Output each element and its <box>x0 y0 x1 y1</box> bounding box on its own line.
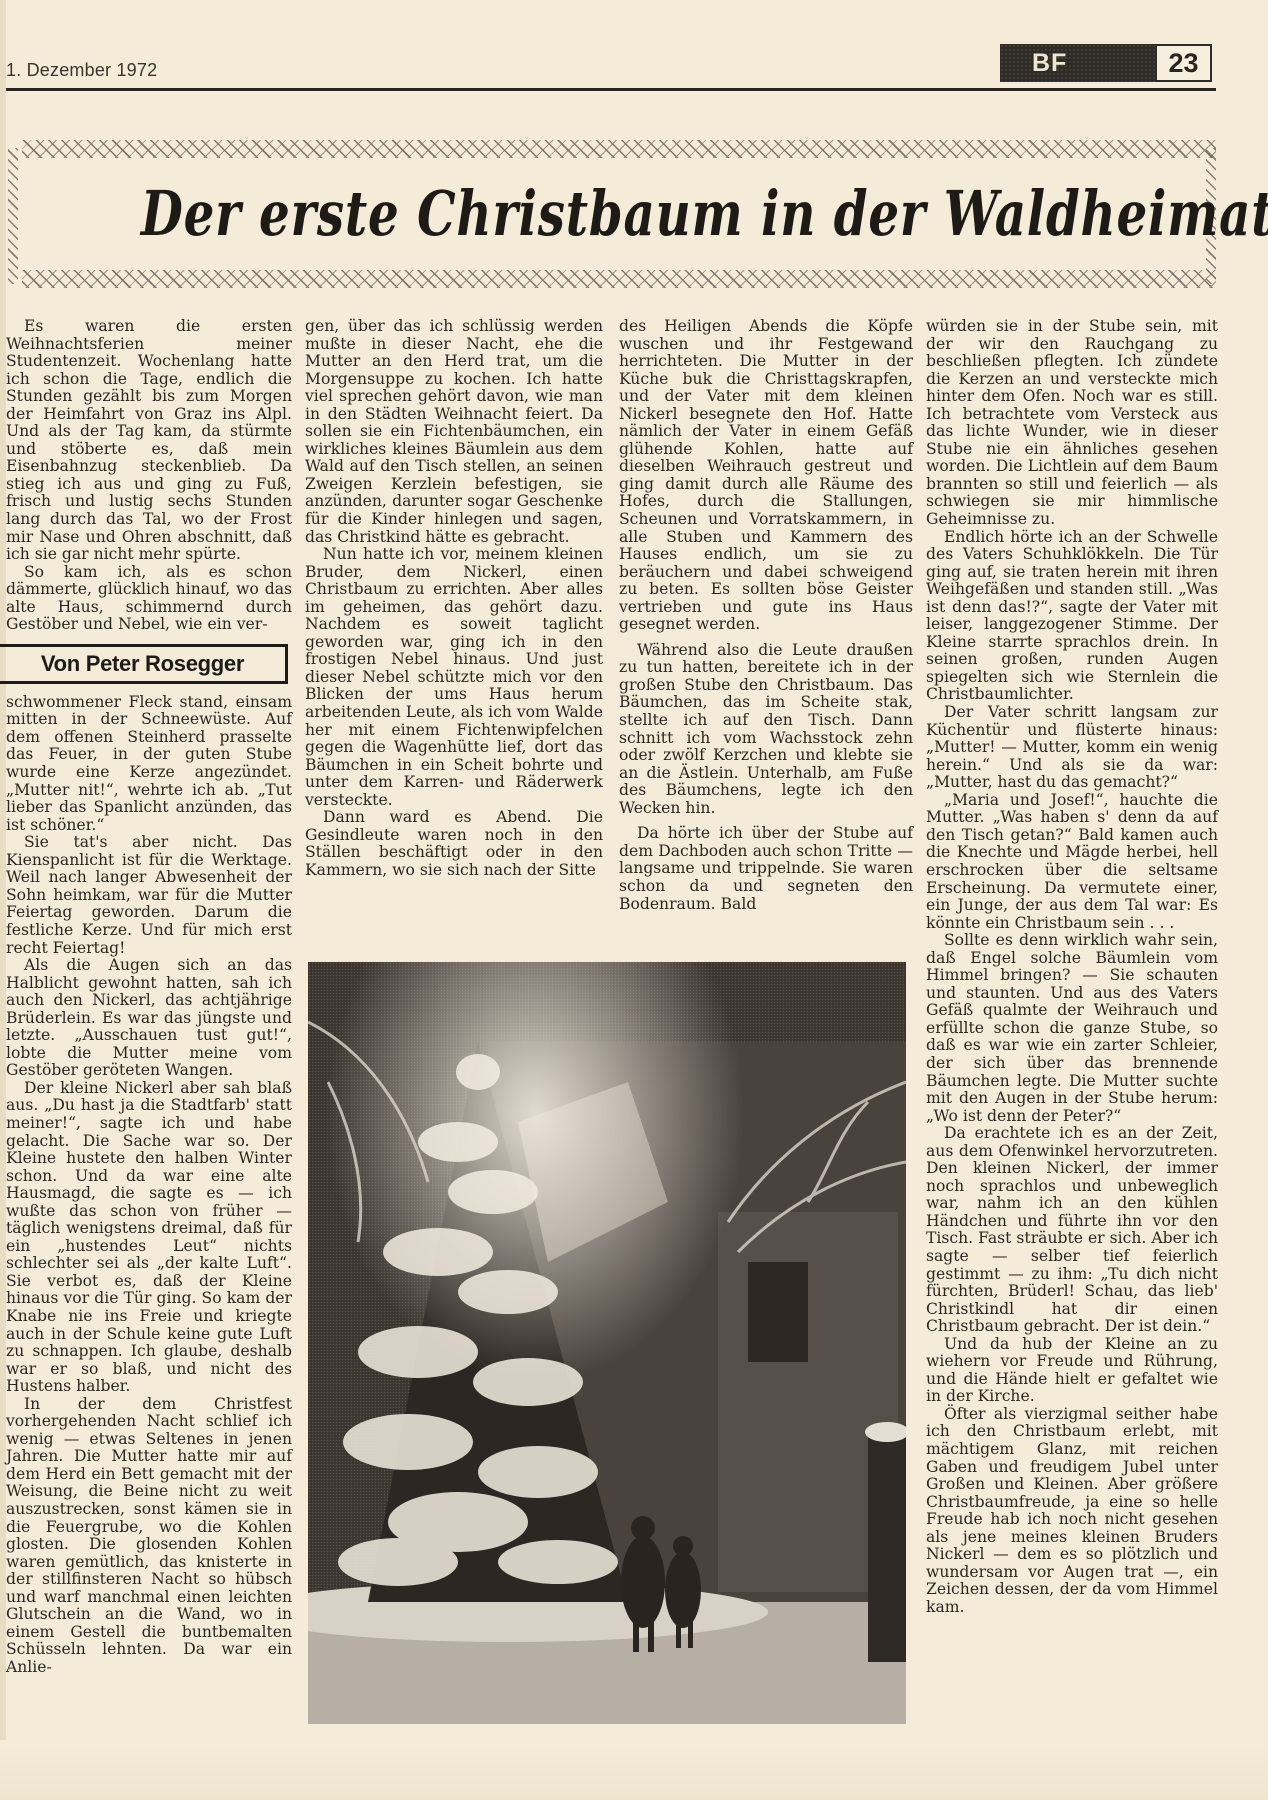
article-title: Der erste Christbaum in der Waldheimat <box>141 162 1083 266</box>
issue-date: 1. Dezember 1972 <box>6 60 157 81</box>
byline-box: Von Peter Rosegger <box>0 644 288 684</box>
paragraph: Öfter als vierzigmal seither habe ich de… <box>926 1406 1218 1617</box>
paragraph: So kam ich, als es schon dämmerte, glück… <box>6 564 292 634</box>
paragraph: würden sie in der Stube sein, mit der wi… <box>926 318 1218 529</box>
photo-illustration <box>308 962 906 1724</box>
header-rule <box>6 88 1216 91</box>
paragraph: Nun hatte ich vor, meinem kleinen Bruder… <box>305 546 603 809</box>
paragraph: Und da hub der Kleine an zu wiehern vor … <box>926 1336 1218 1406</box>
paragraph: schwommener Fleck stand, einsam mitten i… <box>6 694 292 834</box>
article-photo-snowy-tree <box>308 962 906 1724</box>
ornament-border-top <box>22 140 1216 158</box>
page-number: 23 <box>1157 44 1212 82</box>
paragraph: Sollte es denn wirklich wahr sein, daß E… <box>926 932 1218 1125</box>
title-frame: Der erste Christbaum in der Waldheimat <box>8 140 1216 290</box>
paragraph: „Maria und Josef!“, hauchte die Mutter. … <box>926 792 1218 932</box>
section-badge: BF <box>1000 44 1157 82</box>
paragraph: Da erachtete ich es an der Zeit, aus dem… <box>926 1125 1218 1336</box>
paragraph: Als die Augen sich an das Halblicht gewo… <box>6 957 292 1080</box>
paragraph: gen, über das ich schlüssig werden mußte… <box>305 318 603 546</box>
article-column-4: würden sie in der Stube sein, mit der wi… <box>926 318 1218 1616</box>
paragraph: Während also die Leute draußen zu tun ha… <box>619 642 913 817</box>
article-column-2: gen, über das ich schlüssig werden mußte… <box>305 318 603 880</box>
paragraph: Da hörte ich über der Stube auf dem Dach… <box>619 825 913 913</box>
paragraph: In der dem Christfest vorhergehenden Nac… <box>6 1396 292 1677</box>
paragraph: Endlich hörte ich an der Schwelle des Va… <box>926 529 1218 704</box>
page-badge: BF 23 <box>1000 44 1212 82</box>
paragraph: Dann ward es Abend. Die Gesindleute ware… <box>305 809 603 879</box>
paragraph: Sie tat's aber nicht. Das Kienspanlicht … <box>6 834 292 957</box>
paragraph: Es waren die ersten Weihnachtsferien mei… <box>6 318 292 564</box>
article-column-3: des Heiligen Abends die Köpfe wuschen un… <box>619 318 913 913</box>
paragraph: des Heiligen Abends die Köpfe wuschen un… <box>619 318 913 634</box>
article-column-1: Es waren die ersten Weihnachtsferien mei… <box>6 318 292 1676</box>
ornament-border-bottom <box>22 270 1216 288</box>
paragraph: Der kleine Nickerl aber sah blaß aus. „D… <box>6 1080 292 1396</box>
page-bottom-margin <box>0 1740 1268 1800</box>
ornament-border-left <box>8 148 18 284</box>
paragraph: Der Vater schritt langsam zur Küchentür … <box>926 704 1218 792</box>
